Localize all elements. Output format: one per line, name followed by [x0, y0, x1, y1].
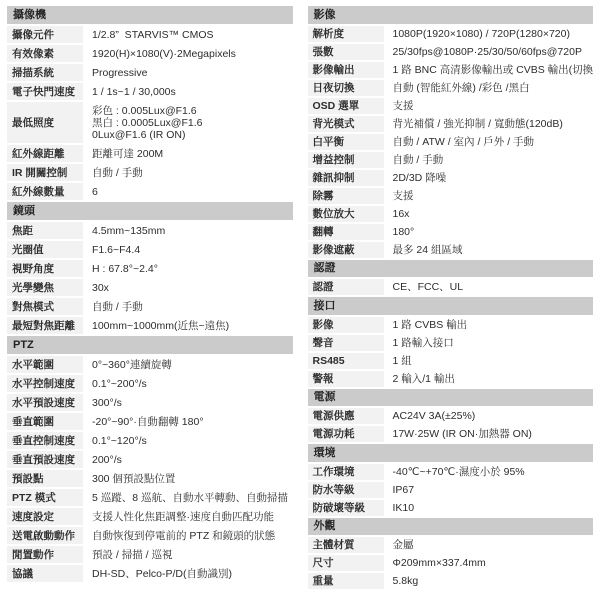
spec-label: 對焦模式	[7, 298, 83, 315]
section-header: 鏡頭	[7, 202, 293, 220]
spec-label: OSD 選單	[308, 98, 384, 114]
spec-value: 0.1°~120°/s	[83, 432, 293, 449]
spec-value: 100mm~1000mm(近焦~遠焦)	[83, 317, 293, 334]
spec-row: 水平範圍0°~360°連續旋轉	[7, 356, 293, 373]
spec-value: 1 路輸入接口	[384, 335, 594, 351]
spec-row: 防水等級IP67	[308, 482, 594, 498]
section-header: 攝像機	[7, 6, 293, 24]
spec-value: 5.8kg	[384, 573, 594, 589]
spec-value: F1.6~F4.4	[83, 241, 293, 258]
spec-row: 電源功耗17W·25W (IR ON·加熱器 ON)	[308, 426, 594, 442]
spec-value: -40℃~+70℃·濕度小於 95%	[384, 464, 594, 480]
spec-row: 垂直範圍-20°~90°·自動翻轉 180°	[7, 413, 293, 430]
spec-label: RS485	[308, 353, 384, 369]
spec-label: 張數	[308, 44, 384, 60]
spec-value: 16x	[384, 206, 594, 222]
spec-row: 白平衡自動 / ATW / 室內 / 戶外 / 手動	[308, 134, 594, 150]
spec-value: 1080P(1920×1080) / 720P(1280×720)	[384, 26, 594, 42]
section-header: 外觀	[308, 518, 594, 536]
spec-value: 5 巡蹤、8 巡航、自動水平轉動、自動掃描	[83, 489, 293, 506]
spec-label: 水平控制速度	[7, 375, 83, 392]
spec-row: 雜訊抑制2D/3D 降噪	[308, 170, 594, 186]
spec-value: 0.1°~200°/s	[83, 375, 293, 392]
section-header: 電源	[308, 389, 594, 407]
spec-row: 預設點300 個預設點位置	[7, 470, 293, 487]
spec-row: 主體材質金屬	[308, 537, 594, 553]
spec-value: 4.5mm~135mm	[83, 222, 293, 239]
spec-label: 垂直範圍	[7, 413, 83, 430]
spec-value: IP67	[384, 482, 594, 498]
spec-value: H : 67.8°~2.4°	[83, 260, 293, 277]
spec-label: 雜訊抑制	[308, 170, 384, 186]
spec-label: 掃描系統	[7, 64, 83, 81]
spec-value: 1 組	[384, 353, 594, 369]
spec-label: 最低照度	[7, 102, 83, 143]
spec-column-left: 攝像機攝像元件1/2.8” STARVIS™ CMOS有效像素1920(H)×1…	[7, 6, 293, 594]
spec-value: 1/2.8” STARVIS™ CMOS	[83, 26, 293, 43]
spec-value: 自動 / 手動	[384, 152, 594, 168]
spec-value: 17W·25W (IR ON·加熱器 ON)	[384, 426, 594, 442]
spec-value: IK10	[384, 500, 594, 516]
spec-row: IR 開關控制自動 / 手動	[7, 164, 293, 181]
spec-value: 自動 / 手動	[83, 298, 293, 315]
spec-value: 1 路 CVBS 輸出	[384, 317, 594, 333]
spec-label: 光圈值	[7, 241, 83, 258]
spec-row: 有效像素1920(H)×1080(V)·2Megapixels	[7, 45, 293, 62]
spec-label: 數位放大	[308, 206, 384, 222]
spec-row: 光學變焦30x	[7, 279, 293, 296]
spec-label: 紅外線距離	[7, 145, 83, 162]
spec-value: 自動 / ATW / 室內 / 戶外 / 手動	[384, 134, 594, 150]
spec-value: 金屬	[384, 537, 594, 553]
spec-column-right: 影像解析度1080P(1920×1080) / 720P(1280×720)張數…	[308, 6, 594, 594]
spec-row: 聲音1 路輸入接口	[308, 335, 594, 351]
spec-value: 1 路 BNC 高清影像輸出或 CVBS 輸出(切換)	[384, 62, 594, 78]
spec-row: 協議DH-SD、Pelco-P/D(自動識別)	[7, 565, 293, 582]
spec-label: 紅外線數量	[7, 183, 83, 200]
spec-row: 翻轉180°	[308, 224, 594, 240]
spec-row: 尺寸Φ209mm×337.4mm	[308, 555, 594, 571]
spec-row: 最短對焦距離100mm~1000mm(近焦~遠焦)	[7, 317, 293, 334]
spec-label: 焦距	[7, 222, 83, 239]
spec-value: 180°	[384, 224, 594, 240]
spec-value: 支援	[384, 98, 594, 114]
spec-label: 增益控制	[308, 152, 384, 168]
spec-label: 背光模式	[308, 116, 384, 132]
spec-value: -20°~90°·自動翻轉 180°	[83, 413, 293, 430]
spec-value: 自動 (智能紅外線) /彩色 /黑白	[384, 80, 594, 96]
spec-value: Φ209mm×337.4mm	[384, 555, 594, 571]
spec-label: 水平範圍	[7, 356, 83, 373]
spec-label: 主體材質	[308, 537, 384, 553]
spec-label: IR 開關控制	[7, 164, 83, 181]
spec-label: 垂直控制速度	[7, 432, 83, 449]
spec-label: 尺寸	[308, 555, 384, 571]
spec-row: 工作環境-40℃~+70℃·濕度小於 95%	[308, 464, 594, 480]
spec-label: 攝像元件	[7, 26, 83, 43]
spec-row: 掃描系統Progressive	[7, 64, 293, 81]
spec-value: 25/30fps@1080P·25/30/50/60fps@720P	[384, 44, 594, 60]
section-header: 認證	[308, 260, 594, 278]
spec-label: 電源功耗	[308, 426, 384, 442]
spec-value: 2D/3D 降噪	[384, 170, 594, 186]
spec-row: 影像1 路 CVBS 輸出	[308, 317, 594, 333]
spec-label: 送電啟動動作	[7, 527, 83, 544]
section-header: 接口	[308, 297, 594, 315]
spec-row: 日夜切換自動 (智能紅外線) /彩色 /黑白	[308, 80, 594, 96]
spec-row: 電源供應AC24V 3A(±25%)	[308, 408, 594, 424]
spec-row: 水平預設速度300°/s	[7, 394, 293, 411]
spec-row: 焦距4.5mm~135mm	[7, 222, 293, 239]
spec-label: 防水等級	[308, 482, 384, 498]
camera-spec-sheet: 攝像機攝像元件1/2.8” STARVIS™ CMOS有效像素1920(H)×1…	[0, 0, 600, 600]
spec-row: 閒置動作預設 / 掃描 / 巡視	[7, 546, 293, 563]
spec-row: 光圈值F1.6~F4.4	[7, 241, 293, 258]
spec-value: DH-SD、Pelco-P/D(自動識別)	[83, 565, 293, 582]
spec-label: 白平衡	[308, 134, 384, 150]
spec-label: 影像遮蔽	[308, 242, 384, 258]
spec-row: 數位放大16x	[308, 206, 594, 222]
spec-label: 翻轉	[308, 224, 384, 240]
spec-label: 視野角度	[7, 260, 83, 277]
spec-row: 增益控制自動 / 手動	[308, 152, 594, 168]
spec-label: 預設點	[7, 470, 83, 487]
spec-value: 0°~360°連續旋轉	[83, 356, 293, 373]
spec-row: 背光模式背光補償 / 強光抑制 / 寬動態(120dB)	[308, 116, 594, 132]
spec-row: 電子快門速度1 / 1s~1 / 30,000s	[7, 83, 293, 100]
spec-row: 水平控制速度0.1°~200°/s	[7, 375, 293, 392]
spec-row: OSD 選單支援	[308, 98, 594, 114]
spec-value: 支援人性化焦距調整·速度自動匹配功能	[83, 508, 293, 525]
spec-row: 重量5.8kg	[308, 573, 594, 589]
spec-label: 電子快門速度	[7, 83, 83, 100]
spec-label: 重量	[308, 573, 384, 589]
spec-label: 有效像素	[7, 45, 83, 62]
spec-label: 閒置動作	[7, 546, 83, 563]
spec-row: 最低照度彩色 : 0.005Lux@F1.6 黑白 : 0.0005Lux@F1…	[7, 102, 293, 143]
spec-label: 工作環境	[308, 464, 384, 480]
spec-label: 日夜切換	[308, 80, 384, 96]
spec-row: 張數25/30fps@1080P·25/30/50/60fps@720P	[308, 44, 594, 60]
spec-label: 認證	[308, 279, 384, 295]
spec-label: 光學變焦	[7, 279, 83, 296]
spec-row: 視野角度H : 67.8°~2.4°	[7, 260, 293, 277]
spec-value: 背光補償 / 強光抑制 / 寬動態(120dB)	[384, 116, 594, 132]
spec-label: 除霧	[308, 188, 384, 204]
spec-row: 紅外線數量6	[7, 183, 293, 200]
spec-label: 速度設定	[7, 508, 83, 525]
section-header: PTZ	[7, 336, 293, 354]
spec-row: 解析度1080P(1920×1080) / 720P(1280×720)	[308, 26, 594, 42]
spec-value: 300°/s	[83, 394, 293, 411]
spec-value: 支援	[384, 188, 594, 204]
spec-label: 垂直預設速度	[7, 451, 83, 468]
spec-row: 垂直控制速度0.1°~120°/s	[7, 432, 293, 449]
spec-row: 垂直預設速度200°/s	[7, 451, 293, 468]
spec-value: 自動恢復到停電前的 PTZ 和鏡頭的狀態	[83, 527, 293, 544]
spec-row: RS4851 組	[308, 353, 594, 369]
spec-label: 協議	[7, 565, 83, 582]
section-header: 影像	[308, 6, 594, 24]
spec-value: 預設 / 掃描 / 巡視	[83, 546, 293, 563]
spec-row: 影像輸出1 路 BNC 高清影像輸出或 CVBS 輸出(切換)	[308, 62, 594, 78]
spec-value: Progressive	[83, 64, 293, 81]
spec-value: 自動 / 手動	[83, 164, 293, 181]
spec-value: 最多 24 組區域	[384, 242, 594, 258]
spec-row: 攝像元件1/2.8” STARVIS™ CMOS	[7, 26, 293, 43]
spec-row: PTZ 模式5 巡蹤、8 巡航、自動水平轉動、自動掃描	[7, 489, 293, 506]
spec-row: 認證CE、FCC、UL	[308, 279, 594, 295]
spec-value: 1920(H)×1080(V)·2Megapixels	[83, 45, 293, 62]
spec-value: 300 個預設點位置	[83, 470, 293, 487]
spec-value: 2 輸入/1 輸出	[384, 371, 594, 387]
spec-row: 紅外線距離距離可達 200M	[7, 145, 293, 162]
spec-label: PTZ 模式	[7, 489, 83, 506]
spec-row: 防破壞等級IK10	[308, 500, 594, 516]
spec-label: 電源供應	[308, 408, 384, 424]
spec-label: 最短對焦距離	[7, 317, 83, 334]
spec-label: 警報	[308, 371, 384, 387]
spec-value: 1 / 1s~1 / 30,000s	[83, 83, 293, 100]
spec-row: 影像遮蔽最多 24 組區域	[308, 242, 594, 258]
spec-value: CE、FCC、UL	[384, 279, 594, 295]
spec-label: 防破壞等級	[308, 500, 384, 516]
spec-label: 水平預設速度	[7, 394, 83, 411]
spec-value: 6	[83, 183, 293, 200]
spec-row: 除霧支援	[308, 188, 594, 204]
spec-label: 影像	[308, 317, 384, 333]
spec-row: 警報2 輸入/1 輸出	[308, 371, 594, 387]
spec-value: 30x	[83, 279, 293, 296]
spec-value: 200°/s	[83, 451, 293, 468]
spec-label: 聲音	[308, 335, 384, 351]
spec-row: 送電啟動動作自動恢復到停電前的 PTZ 和鏡頭的狀態	[7, 527, 293, 544]
spec-value: 距離可達 200M	[83, 145, 293, 162]
spec-row: 速度設定支援人性化焦距調整·速度自動匹配功能	[7, 508, 293, 525]
section-header: 環境	[308, 444, 594, 462]
spec-label: 影像輸出	[308, 62, 384, 78]
spec-value: AC24V 3A(±25%)	[384, 408, 594, 424]
spec-row: 對焦模式自動 / 手動	[7, 298, 293, 315]
spec-label: 解析度	[308, 26, 384, 42]
spec-value: 彩色 : 0.005Lux@F1.6 黑白 : 0.0005Lux@F1.6 0…	[83, 102, 293, 143]
